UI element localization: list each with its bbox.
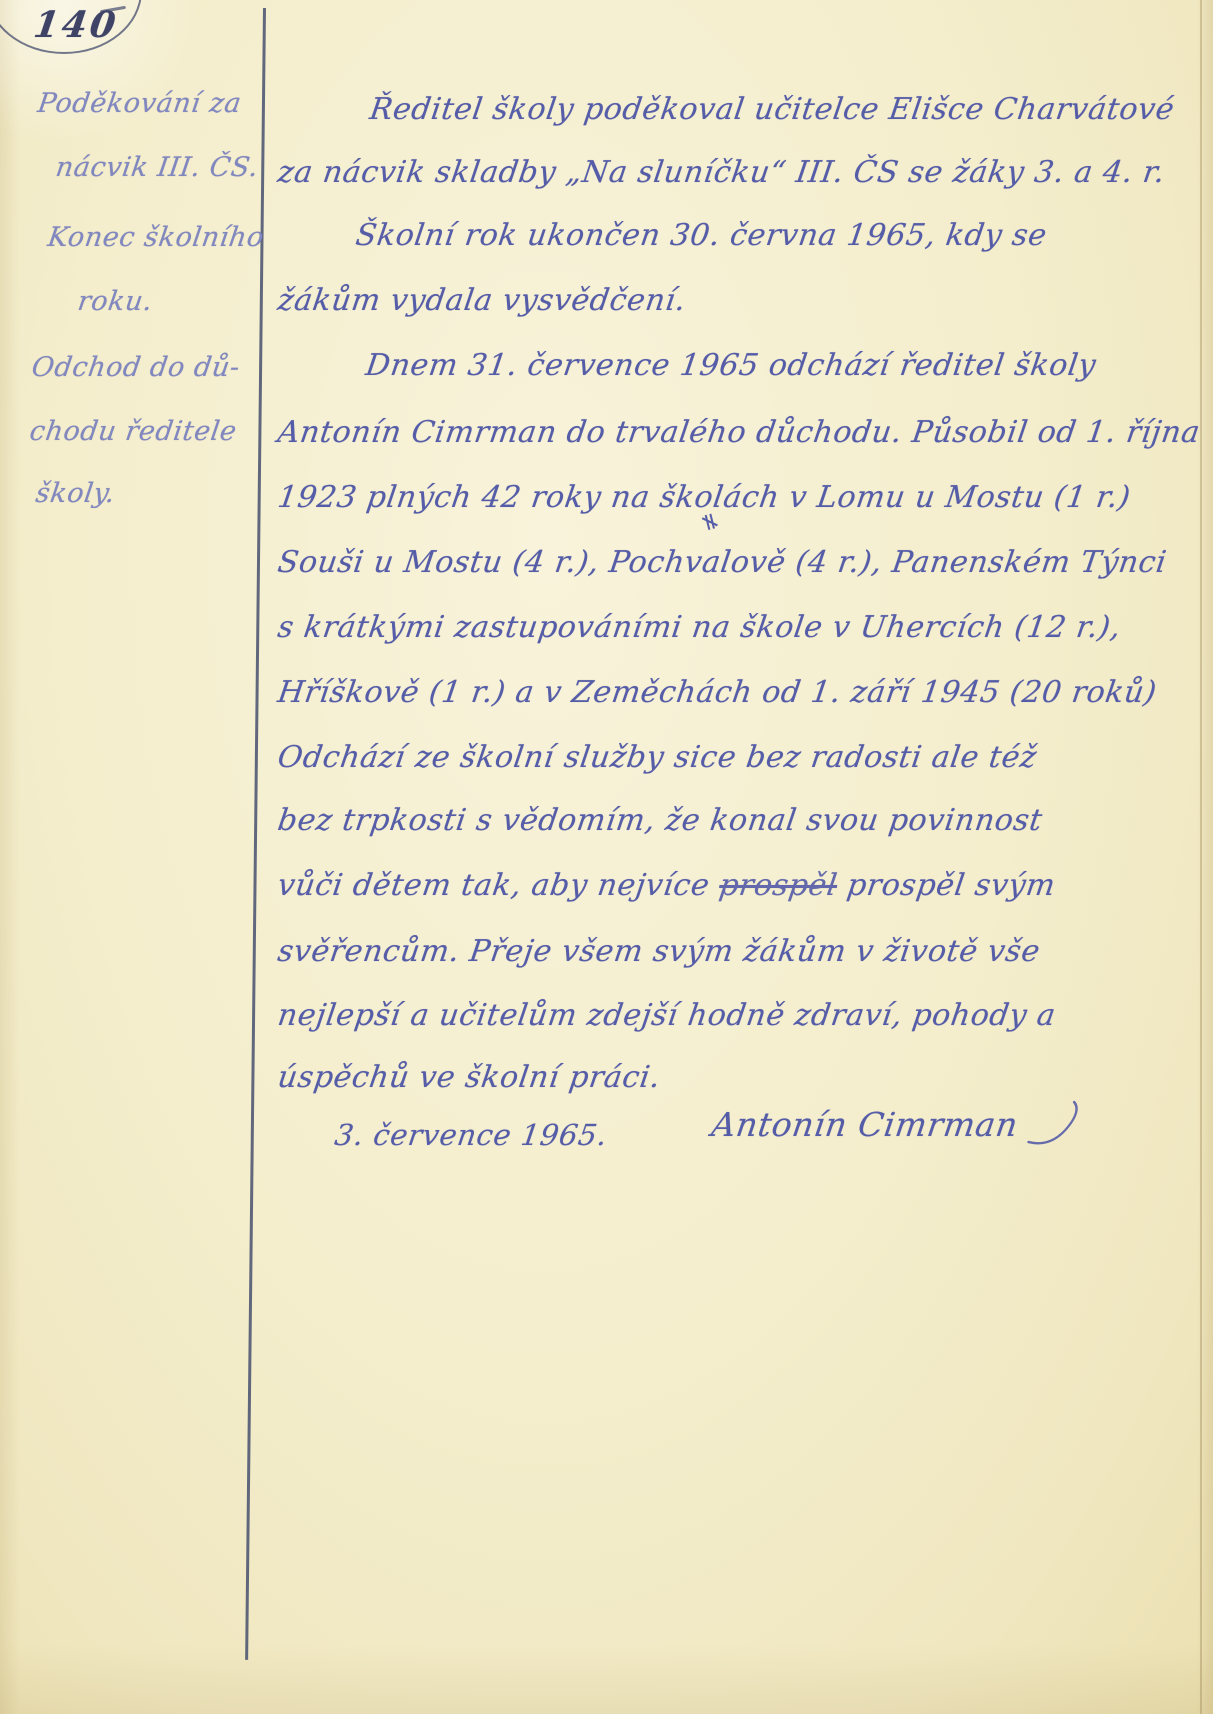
margin-note-yearend-line1: Konec školního [46,222,266,253]
body-line-9: s krátkými zastupováními na škole v Uher… [276,610,1124,645]
margin-note-thanks-line1: Poděkování za [36,88,244,119]
body-line-1: Ředitel školy poděkoval učitelce Elišce … [276,92,1177,127]
signature-flourish [1025,1098,1090,1150]
signature: Antonín Cimrman [708,1098,1090,1150]
body-line-14: svěřencům. Přeje všem svým žákům v život… [276,934,1043,969]
body-line-8: Souši u Mostu (4 r.), Pochvalově (4 r.),… [276,545,1169,580]
body-line-6: Antonín Cimrman do trvalého důchodu. Půs… [276,415,1203,450]
margin-note-yearend-line2: roku. [76,286,155,317]
chronicle-page: 140 Poděkování za nácvik III. ČS. Konec … [0,0,1213,1714]
body-line-10: Hříškově (1 r.) a v Zeměchách od 1. září… [276,675,1159,710]
margin-rule-line [245,8,265,1660]
strike-line-after: prospěl svým [845,868,1058,903]
body-line-2: za nácvik skladby „Na sluníčku“ III. ČS … [276,155,1168,190]
page-edge-crease [1200,0,1202,1714]
strike-line-before: vůči dětem tak, aby nejvíce [276,868,712,903]
body-line-13: vůči dětem tak, aby nejvíceprospělprospě… [276,868,1058,903]
body-line-15: nejlepší a učitelům zdejší hodně zdraví,… [276,998,1058,1033]
page-number: 140 [31,4,121,46]
margin-note-retire-line1: Odchod do dů- [30,352,242,383]
body-line-4: žákům vydala vysvědčení. [276,283,689,318]
signature-name: Antonín Cimrman [709,1105,1020,1144]
margin-note-retire-line2: chodu ředitele [28,416,239,447]
margin-note-retire-line3: školy. [34,478,117,509]
body-line-16: úspěchů ve školní práci. [276,1060,663,1095]
margin-note-thanks-line2: nácvik III. ČS. [54,152,261,183]
body-line-5: Dnem 31. července 1965 odchází ředitel š… [276,348,1099,383]
body-line-7: 1923 plných 42 roky na školách v Lomu u … [276,480,1133,515]
body-line-12: bez trpkosti s vědomím, že konal svou po… [276,803,1045,838]
crossed-out-word: prospěl [717,868,840,903]
body-line-3: Školní rok ukončen 30. června 1965, kdy … [276,218,1050,253]
body-line-11: Odchází ze školní služby sice bez radost… [276,740,1039,775]
entry-date: 3. července 1965. [333,1118,610,1152]
